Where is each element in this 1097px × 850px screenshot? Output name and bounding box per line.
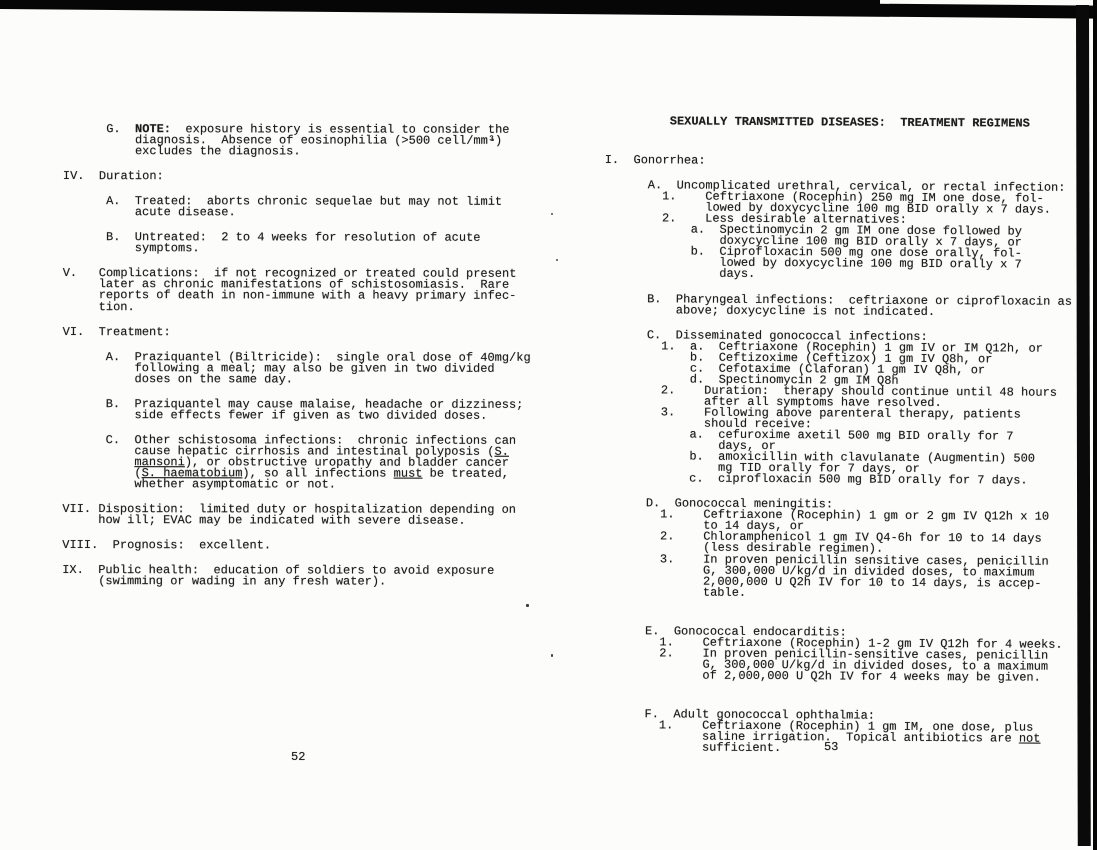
right-page: SEXUALLY TRANSMITTED DISEASES: TREATMENT… <box>601 116 1073 756</box>
left-page-number: 52 <box>291 750 305 764</box>
scan-speck <box>551 213 553 215</box>
scan-speck <box>526 604 529 607</box>
right-page-number: 53 <box>824 740 838 754</box>
scan-edge-right-bar <box>1076 5 1091 846</box>
scan-speck <box>551 654 553 657</box>
scan-edge-right-line <box>1093 0 1097 850</box>
right-page-text: SEXUALLY TRANSMITTED DISEASES: TREATMENT… <box>601 116 1073 756</box>
scan-speck <box>556 259 558 261</box>
left-page-text: G. NOTE: exposure history is essential t… <box>62 124 531 588</box>
scan-edge-top-blob <box>200 0 880 7</box>
scan-speck <box>491 139 494 141</box>
scanned-document: G. NOTE: exposure history is essential t… <box>0 0 1097 850</box>
left-page: G. NOTE: exposure history is essential t… <box>62 124 531 588</box>
